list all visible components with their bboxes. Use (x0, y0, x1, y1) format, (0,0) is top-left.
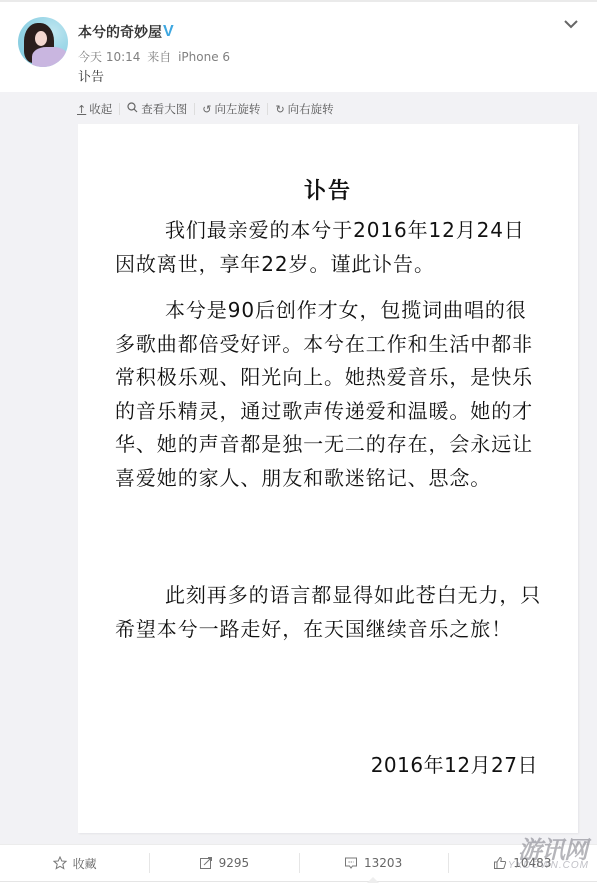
view-large-button[interactable]: 查看大图 (127, 100, 187, 118)
post-text: 讣告 (78, 70, 104, 86)
repost-button[interactable]: 9295 (149, 844, 298, 882)
collapse-button[interactable]: ↑ 收起 (77, 100, 112, 118)
source-prefix: 来自 (147, 50, 171, 64)
post-header: 本兮的奇妙屋 V 今天 10:14 来自 iPhone 6 讣告 (0, 2, 597, 92)
obituary-image[interactable]: 讣告 我们最亲爱的本兮于2016年12月24日因故离世，享年22岁。谨此讣告。 … (78, 124, 578, 833)
notice-paragraph: 本兮是90后创作才女，包揽词曲唱的很多歌曲都倍受好评。本兮在工作和生活中都非常积… (115, 294, 545, 495)
favorite-label: 收藏 (73, 855, 97, 872)
media-area: ↑ 收起 查看大图 ↺ 向左旋转 ↻ 向右旋转 讣告 我们最 (0, 92, 597, 844)
verified-badge-icon: V (163, 23, 174, 41)
chevron-down-icon[interactable] (562, 16, 580, 30)
media-toolbar: ↑ 收起 查看大图 ↺ 向左旋转 ↻ 向右旋转 (77, 100, 334, 118)
toolbar-divider (194, 103, 195, 115)
like-count: 10483 (513, 856, 551, 870)
favorite-button[interactable]: 收藏 (0, 844, 149, 882)
star-icon (53, 856, 67, 870)
like-button[interactable]: 10483 (448, 844, 597, 882)
post-source[interactable]: iPhone 6 (178, 50, 230, 64)
notice-paragraph: 我们最亲爱的本兮于2016年12月24日因故离世，享年22岁。谨此讣告。 (115, 214, 545, 281)
rotate-right-button[interactable]: ↻ 向右旋转 (275, 100, 333, 118)
magnify-icon (127, 102, 138, 116)
collapse-up-icon: ↑ (77, 103, 86, 116)
toolbar-divider (119, 103, 120, 115)
notice-paragraph: 此刻再多的语言都显得如此苍白无力，只希望本兮一路走好，在天国继续音乐之旅！ (115, 579, 545, 646)
avatar-body (32, 47, 68, 67)
comment-active-caret (367, 877, 379, 883)
thumbs-up-icon (493, 856, 507, 870)
rotate-right-label: 向右旋转 (288, 101, 334, 117)
rotate-left-label: 向左旋转 (214, 101, 260, 117)
avatar-face (35, 31, 47, 46)
rotate-right-icon: ↻ (275, 103, 284, 116)
avatar[interactable] (18, 17, 68, 67)
comment-count: 13203 (364, 856, 402, 870)
weibo-post-page: 本兮的奇妙屋 V 今天 10:14 来自 iPhone 6 讣告 ↑ 收起 (0, 0, 597, 884)
repost-icon (199, 856, 213, 870)
post-time[interactable]: 今天 10:14 (78, 50, 140, 64)
action-bar: 收藏 9295 13203 10483 (0, 844, 597, 882)
post-meta: 今天 10:14 来自 iPhone 6 (78, 49, 233, 65)
notice-date: 2016年12月27日 (371, 749, 538, 778)
collapse-label: 收起 (89, 101, 112, 117)
view-large-label: 查看大图 (141, 101, 187, 117)
comment-button[interactable]: 13203 (299, 844, 448, 882)
user-name-link[interactable]: 本兮的奇妙屋 (78, 24, 162, 42)
toolbar-divider (267, 103, 268, 115)
rotate-left-icon: ↺ (202, 103, 211, 116)
repost-count: 9295 (219, 856, 250, 870)
rotate-left-button[interactable]: ↺ 向左旋转 (202, 100, 260, 118)
notice-title: 讣告 (78, 174, 578, 205)
comment-icon (344, 856, 358, 870)
